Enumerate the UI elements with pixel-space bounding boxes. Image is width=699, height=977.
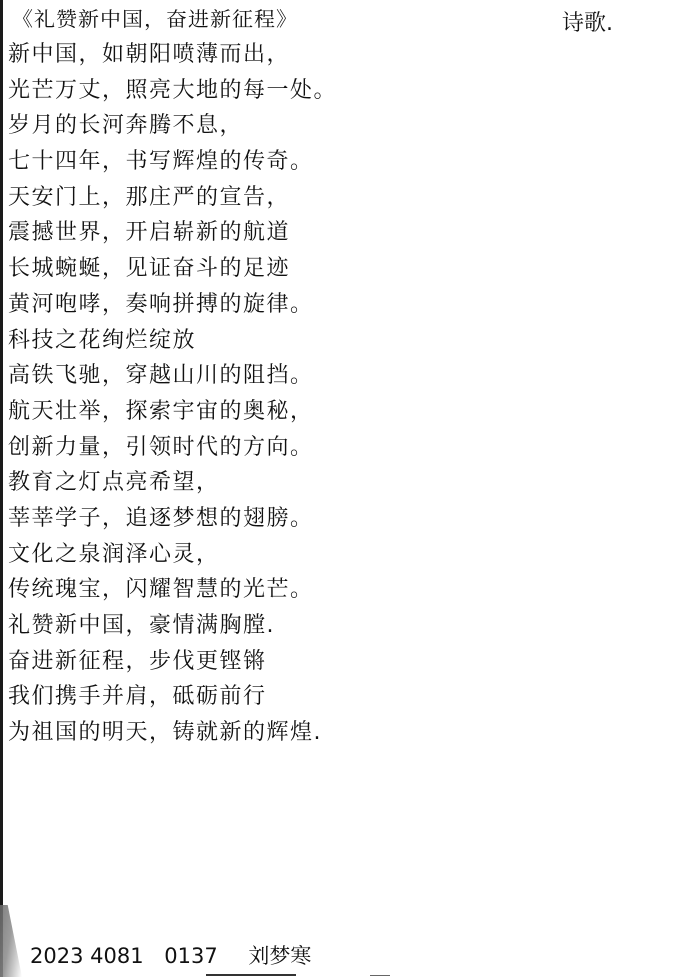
poem-line: 航天壮举，探索宇宙的奥秘，	[8, 394, 337, 430]
poem-line: 科技之花绚烂绽放	[8, 323, 337, 359]
poem-line: 岁月的长河奔腾不息，	[8, 108, 337, 144]
paper-left-edge	[0, 0, 3, 977]
paper-sheet: 《礼赞新中国，奋进新征程》 诗歌. 新中国，如朝阳喷薄而出， 光芒万丈，照亮大地…	[0, 0, 699, 977]
scan-corner-shadow	[0, 905, 22, 977]
poem-line: 天安门上，那庄严的宣告，	[8, 180, 337, 216]
poem-line: 为祖国的明天，铸就新的辉煌.	[8, 715, 337, 751]
poem-line: 莘莘学子，追逐梦想的翅膀。	[8, 501, 337, 537]
poem-line: 光芒万丈，照亮大地的每一处。	[8, 73, 337, 109]
poem-line: 震撼世界，开启崭新的航道	[8, 215, 337, 251]
poem-line: 传统瑰宝，闪耀智慧的光芒。	[8, 572, 337, 608]
poem-body: 新中国，如朝阳喷薄而出， 光芒万丈，照亮大地的每一处。 岁月的长河奔腾不息， 七…	[8, 37, 337, 751]
poem-line: 教育之灯点亮希望，	[8, 465, 337, 501]
genre-label: 诗歌.	[562, 6, 613, 37]
poem-line: 七十四年，书写辉煌的传奇。	[8, 144, 337, 180]
poem-line: 我们携手并肩，砥砺前行	[8, 679, 337, 715]
student-id: 2023 4081	[30, 944, 144, 968]
student-number: 0137	[164, 944, 217, 968]
poem-line: 高铁飞驰，穿越山川的阻挡。	[8, 358, 337, 394]
poem-line: 黄河咆哮，奏响拼搏的旋律。	[8, 287, 337, 323]
author-name: 刘梦寒	[248, 944, 311, 968]
poem-line: 创新力量，引领时代的方向。	[8, 430, 337, 466]
signature-underline-fragment	[370, 975, 390, 976]
signature-underline	[206, 974, 296, 976]
poem-line: 长城蜿蜒，见证奋斗的足迹	[8, 251, 337, 287]
poem-line: 文化之泉润泽心灵，	[8, 537, 337, 573]
poem-line: 礼赞新中国，豪情满胸膛.	[8, 608, 337, 644]
poem-title: 《礼赞新中国，奋进新征程》	[12, 4, 298, 33]
author-footer: 2023 4081 0137 刘梦寒	[30, 940, 311, 970]
poem-line: 新中国，如朝阳喷薄而出，	[8, 37, 337, 73]
poem-line: 奋进新征程，步伐更铿锵	[8, 644, 337, 680]
